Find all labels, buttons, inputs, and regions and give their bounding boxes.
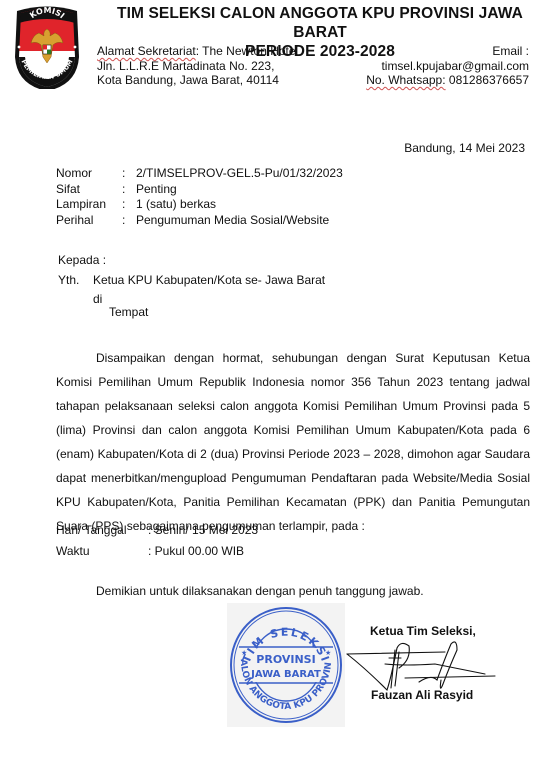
meta-row-sifat: Sifat:Penting [56, 182, 343, 198]
meta-colon: : [122, 197, 136, 213]
yth-label: Yth. [58, 273, 79, 287]
letterhead-title-line1: TIM SELEKSI CALON ANGGOTA KPU PROVINSI J… [100, 4, 540, 42]
meta-row-perihal: Perihal:Pengumuman Media Sosial/Website [56, 213, 343, 229]
schedule-row-time: Waktu: Pukul 00.00 WIB [56, 541, 258, 562]
official-stamp: TIM SELEKSI CALON ANGGOTA KPU PROVINSI P… [227, 603, 345, 727]
schedule-row-date: Hari/ Tanggal: Senin/ 15 Mei 2023 [56, 520, 258, 541]
address-value: : The Newton Hotel [196, 44, 299, 58]
meta-row-nomor: Nomor:2/TIMSELPROV-GEL.5-Pu/01/32/2023 [56, 166, 343, 182]
schedule-value: : Pukul 00.00 WIB [148, 541, 244, 562]
body-paragraph: Disampaikan dengan hormat, sehubungan de… [56, 346, 530, 538]
signatory-title: Ketua Tim Seleksi, [370, 624, 476, 638]
address-line3: Kota Bandung, Jawa Barat, 40114 [97, 73, 298, 88]
whatsapp-number: 081286376657 [449, 73, 529, 87]
address-label: Alamat Sekretariat [97, 44, 196, 58]
meta-value: Penting [136, 182, 177, 198]
meta-label: Lampiran [56, 197, 122, 213]
address-line2: Jln. L.L.R.E Martadinata No. 223, [97, 59, 298, 74]
svg-text:PROVINSI: PROVINSI [256, 653, 315, 666]
meta-colon: : [122, 182, 136, 198]
svg-text:JAWA BARAT: JAWA BARAT [250, 669, 321, 680]
svg-text:★: ★ [325, 649, 331, 657]
kepada-label: Kepada : [58, 253, 106, 267]
meta-label: Nomor [56, 166, 122, 182]
secretariat-address: Alamat Sekretariat: The Newton Hotel Jln… [97, 44, 298, 88]
letter-meta: Nomor:2/TIMSELPROV-GEL.5-Pu/01/32/2023 S… [56, 166, 343, 228]
closing-sentence: Demikian untuk dilaksanakan dengan penuh… [96, 584, 424, 598]
kpu-garuda-logo-icon: KOMISI PEMILIHAN UMUM [13, 5, 81, 89]
meta-colon: : [122, 166, 136, 182]
place-date: Bandung, 14 Mei 2023 [404, 141, 525, 155]
schedule-label: Waktu [56, 541, 148, 562]
meta-value: 2/TIMSELPROV-GEL.5-Pu/01/32/2023 [136, 166, 343, 182]
meta-value: Pengumuman Media Sosial/Website [136, 213, 329, 229]
schedule-label: Hari/ Tanggal [56, 520, 148, 541]
schedule-value: : Senin/ 15 Mei 2023 [148, 520, 258, 541]
recipient: Ketua KPU Kabupaten/Kota se- Jawa Barat [93, 273, 325, 287]
meta-colon: : [122, 213, 136, 229]
tempat-label: Tempat [109, 305, 148, 319]
signatory-name: Fauzan Ali Rasyid [371, 688, 473, 702]
svg-text:★: ★ [241, 649, 247, 657]
whatsapp-label: No. Whatsapp: [366, 73, 445, 87]
email-link[interactable]: timsel.kpujabar@gmail.com [366, 59, 529, 74]
contact-block: Email : timsel.kpujabar@gmail.com No. Wh… [366, 44, 529, 88]
email-label: Email : [366, 44, 529, 59]
meta-value: 1 (satu) berkas [136, 197, 216, 213]
meta-label: Perihal [56, 213, 122, 229]
body-text: Disampaikan dengan hormat, sehubungan de… [56, 346, 530, 538]
stamp-seal-icon: TIM SELEKSI CALON ANGGOTA KPU PROVINSI P… [227, 603, 345, 727]
di-label: di [93, 292, 102, 306]
meta-row-lampiran: Lampiran:1 (satu) berkas [56, 197, 343, 213]
schedule: Hari/ Tanggal: Senin/ 15 Mei 2023 Waktu:… [56, 520, 258, 562]
meta-label: Sifat [56, 182, 122, 198]
